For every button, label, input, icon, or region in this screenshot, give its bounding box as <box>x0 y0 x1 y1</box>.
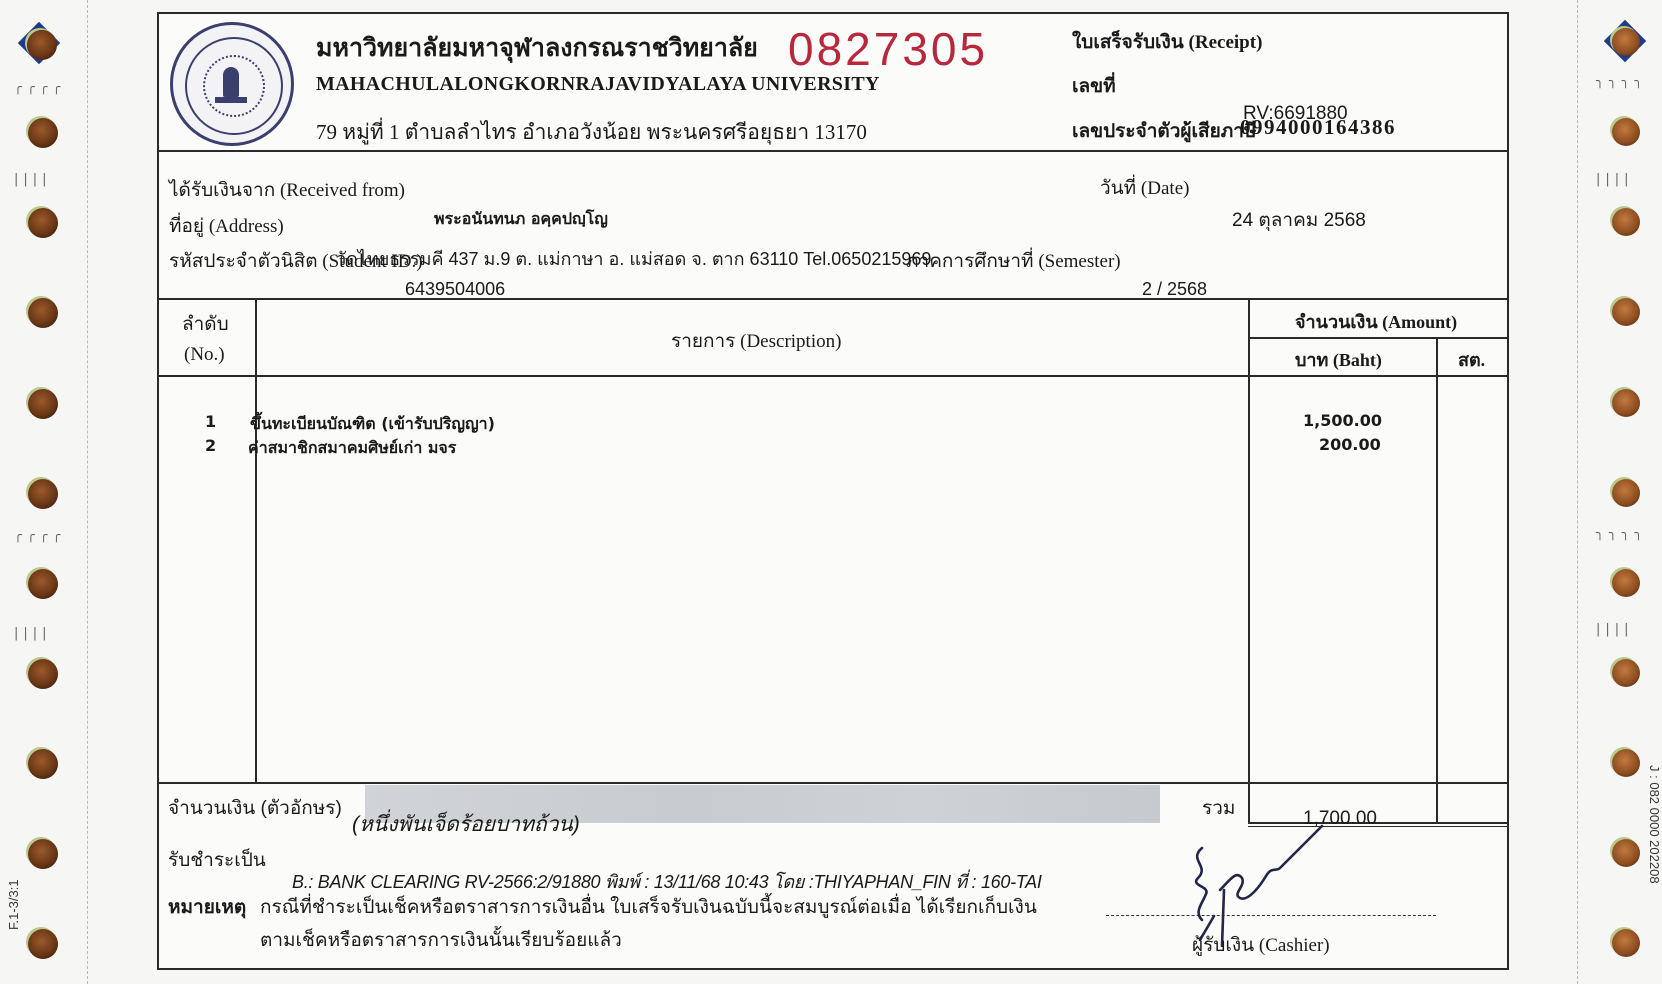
feed-hole-icon <box>28 208 58 238</box>
no-column-divider <box>255 298 257 782</box>
table-header-divider <box>157 375 1509 377</box>
date-value: 24 ตุลาคม 2568 <box>1232 205 1366 235</box>
amount-words-value: (หนึ่งพันเจ็ดร้อยบาทถ้วน) <box>352 808 580 841</box>
note-label: หมายเหตุ <box>168 892 246 922</box>
tax-id-label: เลขประจำตัวผู้เสียภาษี <box>1072 116 1256 146</box>
col-amount-header: จำนวนเงิน (Amount) <box>1295 307 1457 336</box>
feed-hole-icon <box>1612 479 1640 507</box>
col-baht-header: บาท (Baht) <box>1295 345 1382 374</box>
table-body-bottom <box>157 782 1509 784</box>
right-form-code: J : 082 0000 202208 <box>1647 765 1662 884</box>
amount-words-label: จำนวนเงิน (ตัวอักษร) <box>168 793 342 823</box>
feed-hole-icon <box>1612 28 1640 56</box>
tick-marks: |||| <box>1596 172 1634 187</box>
row-description: ขึ้นทะเบียนบัณฑิต (เข้ารับปริญญา) <box>250 412 495 437</box>
col-description-header: รายการ (Description) <box>671 326 841 356</box>
received-from-label: ได้รับเงินจาก (Received from) <box>169 175 405 205</box>
total-label: รวม <box>1202 793 1235 823</box>
feed-hole-icon <box>1612 839 1640 867</box>
feed-hole-icon <box>28 298 58 328</box>
feed-hole-icon <box>28 659 58 689</box>
left-form-code: F.1-3/3:1 <box>6 879 21 930</box>
col-no-header-en: (No.) <box>184 344 225 366</box>
feed-hole-icon <box>27 30 57 60</box>
amount-subheader-divider <box>1248 337 1509 339</box>
header-divider <box>157 150 1509 152</box>
feed-hole-icon <box>28 118 58 148</box>
tick-marks: |||| <box>14 172 52 187</box>
feed-hole-icon <box>1612 929 1640 957</box>
receipt-title: ใบเสร็จรับเงิน (Receipt) <box>1072 27 1262 57</box>
feed-hole-icon <box>28 389 58 419</box>
student-id-value: 6439504006 <box>405 279 505 300</box>
university-name-th: มหาวิทยาลัยมหาจุฬาลงกรณราชวิทยาลัย <box>316 28 758 68</box>
payer-address: วัดไทยธรรมคี 437 ม.9 ต. แม่กาษา อ. แม่สอ… <box>336 244 931 273</box>
left-perforation-line <box>87 0 88 984</box>
table-top-border <box>157 298 1509 300</box>
tick-marks: ╭╭╭╭ <box>14 528 65 543</box>
feed-hole-icon <box>28 479 58 509</box>
feed-hole-icon <box>1612 298 1640 326</box>
receipt-serial-number: 0827305 <box>788 22 988 76</box>
tick-marks: ╮╮╮╮ <box>1596 526 1647 541</box>
tick-marks: ╭╭╭╭ <box>14 80 65 95</box>
receipt-number-label: เลขที่ <box>1072 71 1116 101</box>
feed-hole-icon <box>28 749 58 779</box>
row-description: ค่าสมาชิกสมาคมศิษย์เก่า มจร <box>248 436 456 461</box>
note-line-1: กรณีที่ชำระเป็นเช็คหรือตราสารการเงินอื่น… <box>260 892 1037 922</box>
university-seal-icon <box>170 22 294 146</box>
university-name-en: MAHACHULALONGKORNRAJAVIDYALAYA UNIVERSIT… <box>316 73 880 96</box>
payment-label: รับชำระเป็น <box>168 845 266 875</box>
feed-hole-icon <box>1612 569 1640 597</box>
note-line-2: ตามเช็คหรือตราสารการเงินนั้นเรียบร้อยแล้… <box>260 925 622 955</box>
semester-value: 2 / 2568 <box>1142 279 1207 300</box>
col-no-header-th: ลำดับ <box>182 309 229 339</box>
feed-hole-icon <box>28 569 58 599</box>
feed-hole-icon <box>1612 389 1640 417</box>
feed-hole-icon <box>1612 659 1640 687</box>
feed-hole-icon <box>28 839 58 869</box>
tick-marks: |||| <box>14 626 52 641</box>
right-perforation-line <box>1577 0 1578 984</box>
tax-id-value: 0994000164386 <box>1240 115 1396 140</box>
feed-hole-icon <box>1612 118 1640 146</box>
university-address: 79 หมู่ที่ 1 ตำบลลำไทร อำเภอวังน้อย พระน… <box>316 116 867 149</box>
row-baht: 1,500.00 <box>1303 411 1382 430</box>
amount-column-divider <box>1248 298 1250 824</box>
satang-column-divider <box>1436 337 1438 824</box>
row-baht: 200.00 <box>1319 435 1381 454</box>
tick-marks: ╮╮╮╮ <box>1596 74 1647 89</box>
row-no: 1 <box>205 412 216 431</box>
feed-hole-icon <box>28 929 58 959</box>
tick-marks: |||| <box>1596 622 1634 637</box>
semester-label: ภาคการศึกษาที่ (Semester) <box>906 246 1121 276</box>
feed-hole-icon <box>1612 749 1640 777</box>
feed-hole-icon <box>1612 208 1640 236</box>
row-no: 2 <box>205 436 216 455</box>
address-label: ที่อยู่ (Address) <box>169 211 284 241</box>
payer-name: พระอนันทนภ อคฺคปญฺโญ <box>434 207 608 232</box>
col-satang-header: สต. <box>1458 345 1485 374</box>
date-label: วันที่ (Date) <box>1100 173 1189 203</box>
cashier-label: ผู้รับเงิน (Cashier) <box>1192 930 1330 960</box>
